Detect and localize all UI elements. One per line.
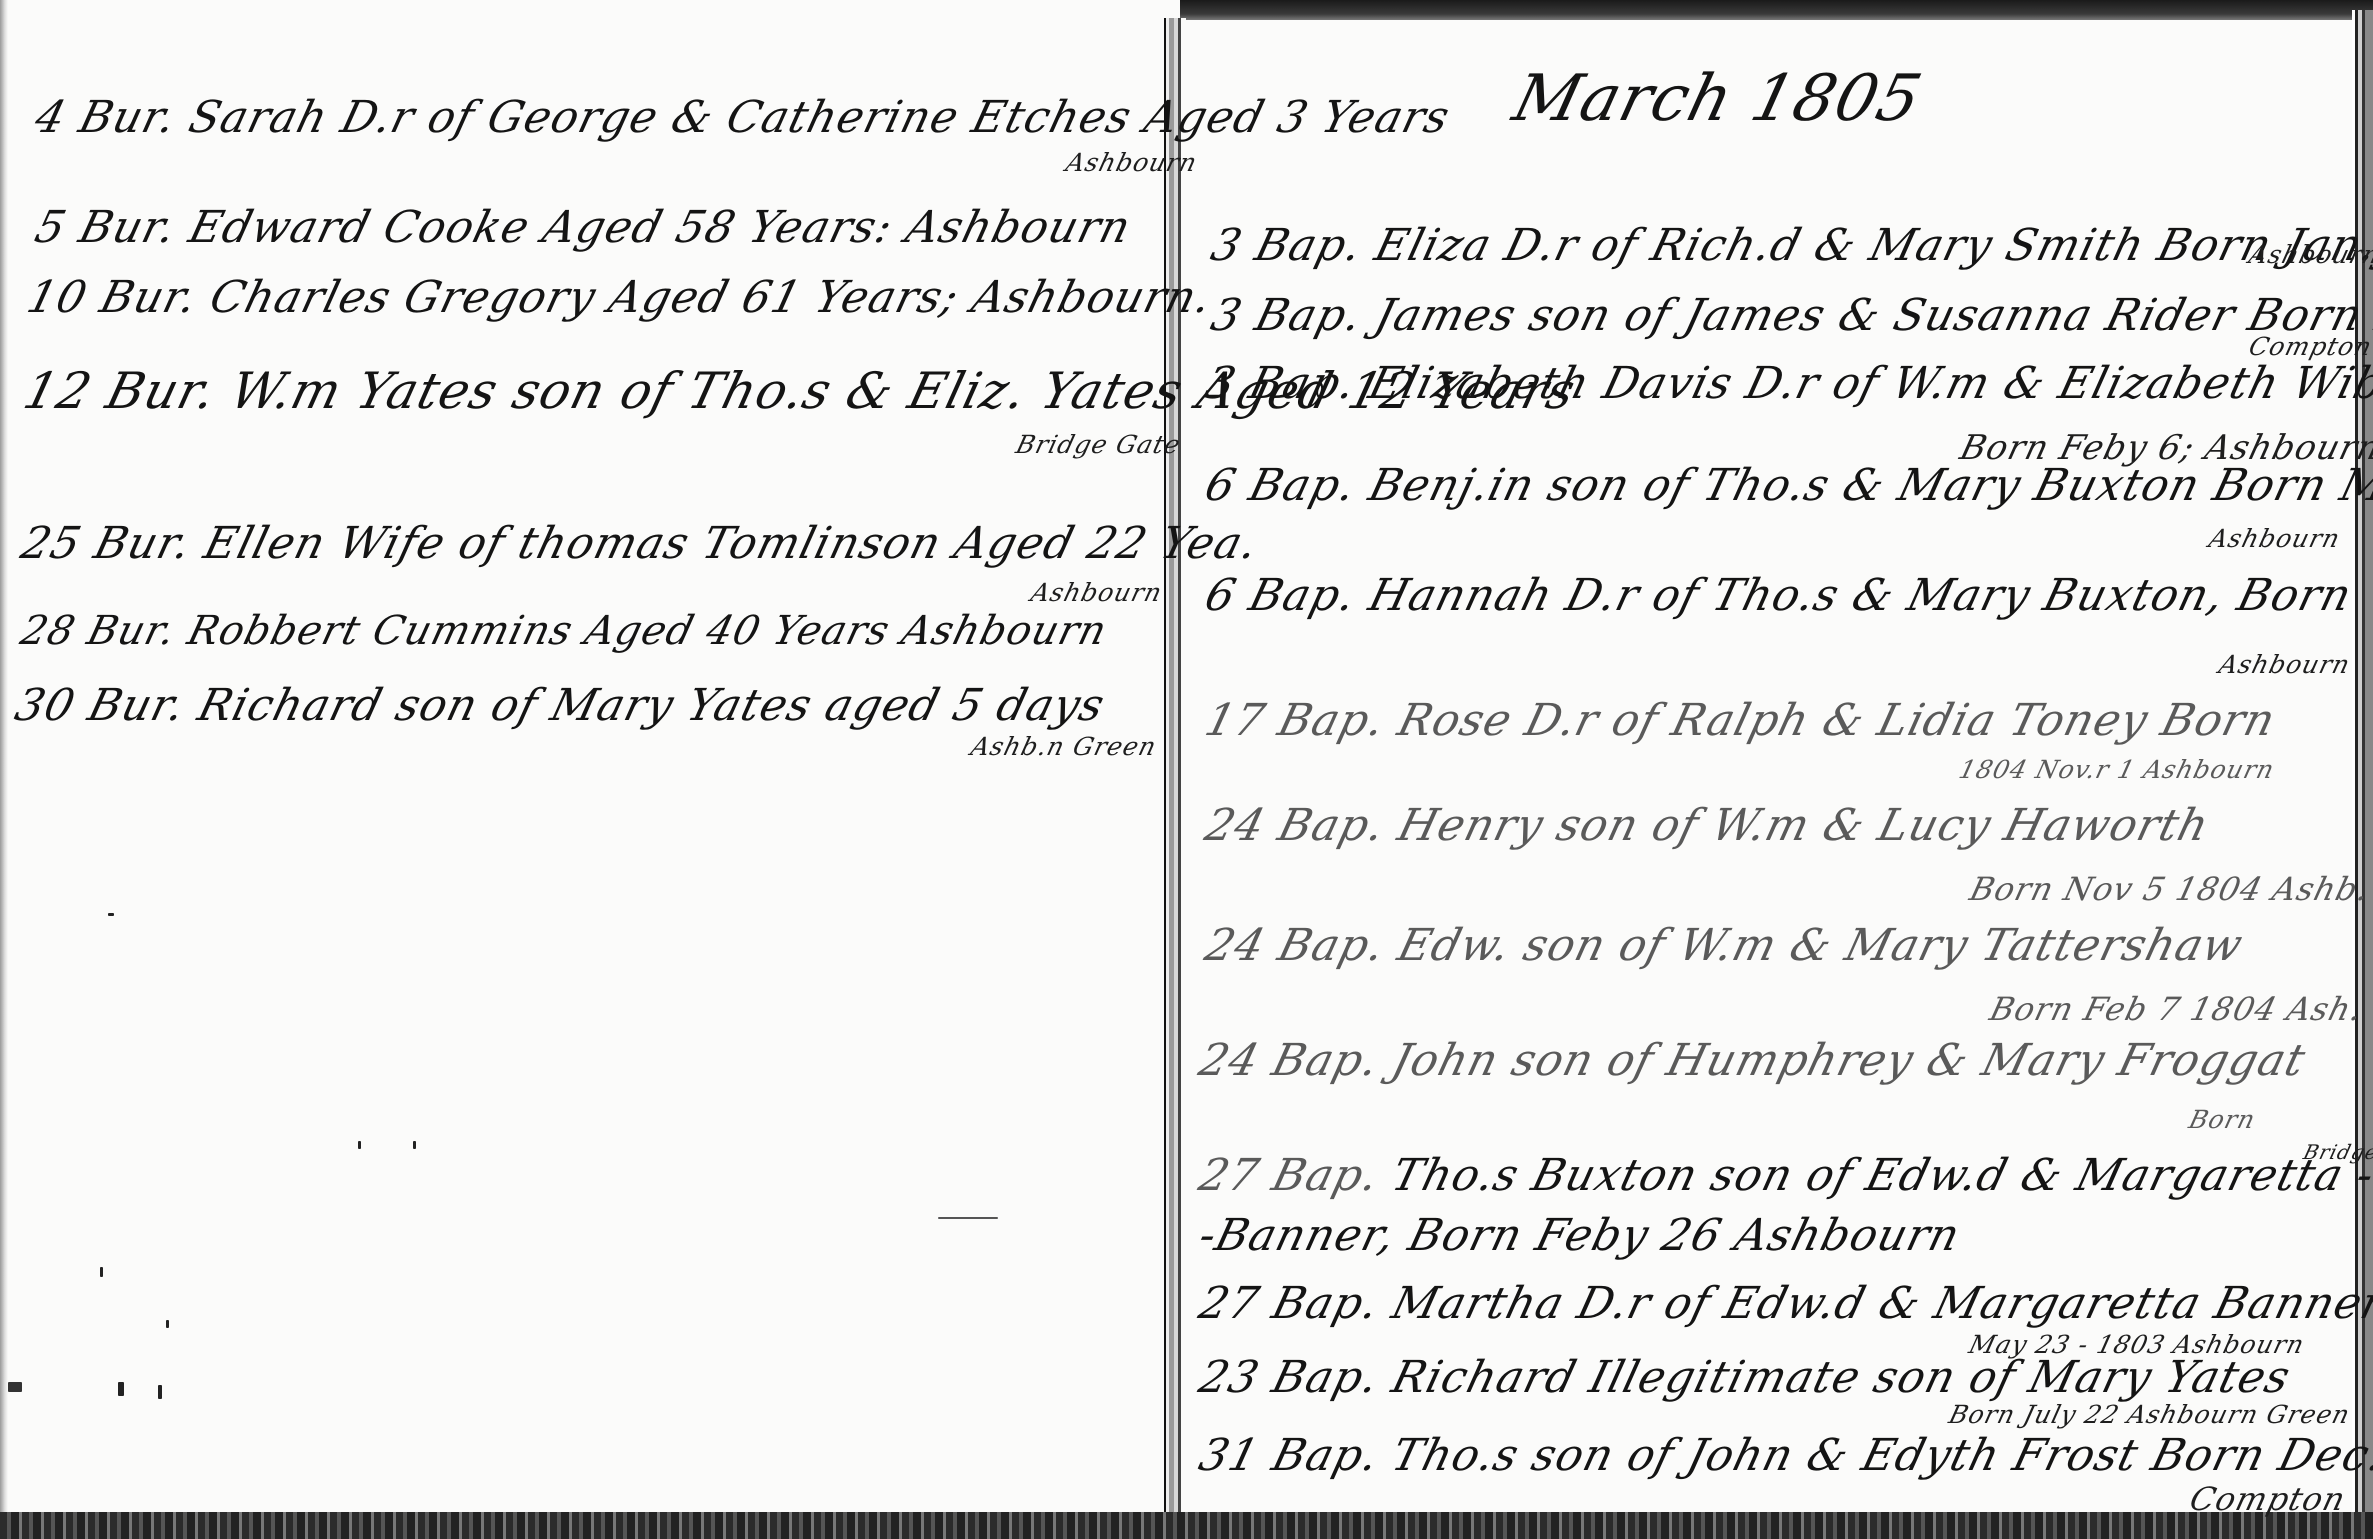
baptism-entry: 17 Bap. Rose D.r of Ralph & Lidia Toney … xyxy=(1200,695,2281,746)
binding-top-edge xyxy=(1180,0,2373,20)
ink-speck xyxy=(8,1382,22,1392)
burial-entry: 10 Bur. Charles Gregory Aged 61 Years; A… xyxy=(22,272,1217,323)
entry-place-note: Ashbourn xyxy=(2206,524,2343,553)
ink-speck xyxy=(118,1382,124,1396)
book-gutter xyxy=(1156,18,1186,1516)
entry-place-note: 1804 Nov.r 1 Ashbourn xyxy=(1956,755,2278,784)
entry-place-note: Born xyxy=(2186,1105,2259,1134)
baptism-entry: 31 Bap. Tho.s son of John & Edyth Frost … xyxy=(1194,1430,2373,1481)
entry-place-note: Ashbourn xyxy=(2246,240,2373,269)
entry-place-note: Ashbourn xyxy=(2216,650,2353,679)
baptism-entry: 24 Bap. Edw. son of W.m & Mary Tattersha… xyxy=(1200,920,2248,971)
baptism-entry: 27 Bap. Tho.s Buxton son of Edw.d & Marg… xyxy=(1194,1150,2373,1201)
entry-place-note: Bridge Gate xyxy=(1013,430,1184,459)
baptism-entry: 6 Bap. Hannah D.r of Tho.s & Mary Buxton… xyxy=(1200,570,2357,621)
baptism-entry: 6 Bap. Benj.in son of Tho.s & Mary Buxto… xyxy=(1200,460,2373,511)
burial-entry: 25 Bur. Ellen Wife of thomas Tomlinson A… xyxy=(16,518,1263,569)
ink-speck xyxy=(100,1267,103,1277)
burial-entry: 5 Bur. Edward Cooke Aged 58 Years: Ashbo… xyxy=(30,202,1136,253)
entry-place-note: Ashbourn xyxy=(1028,578,1165,607)
entry-place-note: Ashb.n Green xyxy=(968,732,1160,761)
entry-place-note: Born Feb 7 1804 Ash. xyxy=(1986,990,2367,1028)
ink-speck xyxy=(358,1141,361,1149)
entry-place-note: Bridge Gate xyxy=(2301,1140,2373,1164)
baptism-entry: 3 Bap. James son of James & Susanna Ride… xyxy=(1206,290,2373,341)
baptism-entry: 24 Bap. Henry son of W.m & Lucy Haworth xyxy=(1200,800,2214,851)
left-page: 4 Bur. Sarah D.r of George & Catherine E… xyxy=(8,0,1156,1515)
burial-entry: 30 Bur. Richard son of Mary Yates aged 5… xyxy=(10,680,1110,731)
entry-place-note: Compton xyxy=(2246,332,2373,361)
entry-place-note: Ashbourn xyxy=(1063,148,1200,177)
entry-place-note: Born Nov 5 1804 Ashb. xyxy=(1966,870,2373,908)
baptism-entry: 23 Bap. Richard Illegitimate son of Mary… xyxy=(1194,1352,2296,1403)
entry-place-note: Born July 22 Ashbourn Green xyxy=(1946,1400,2353,1429)
burial-entry: 28 Bur. Robbert Cummins Aged 40 Years As… xyxy=(16,608,1112,654)
ink-dash xyxy=(938,1217,998,1219)
entry-place-note: Compton xyxy=(2186,1480,2350,1518)
page-edge-left xyxy=(0,0,8,1515)
register-spread: 4 Bur. Sarah D.r of George & Catherine E… xyxy=(0,0,2373,1539)
binding-bottom-edge xyxy=(0,1512,2373,1539)
ink-speck xyxy=(413,1141,416,1149)
baptism-entry: 27 Bap. Martha D.r of Edw.d & Margaretta… xyxy=(1194,1278,2373,1329)
page-header-month: March 1805 xyxy=(1506,62,1929,136)
ink-speck xyxy=(158,1385,162,1399)
baptism-entry: 24 Bap. John son of Humphrey & Mary Frog… xyxy=(1194,1035,2311,1086)
right-page: March 1805 3 Bap. Eliza D.r of Rich.d & … xyxy=(1186,20,2352,1515)
ink-speck xyxy=(108,913,114,916)
ink-speck xyxy=(166,1320,169,1328)
baptism-entry-continuation: -Banner, Born Feby 26 Ashbourn xyxy=(1194,1210,1965,1261)
baptism-entry: 3 Bap. Elizabeth Davis D.r of W.m & Eliz… xyxy=(1200,358,2373,409)
baptism-entry: 3 Bap. Eliza D.r of Rich.d & Mary Smith … xyxy=(1206,220,2373,271)
